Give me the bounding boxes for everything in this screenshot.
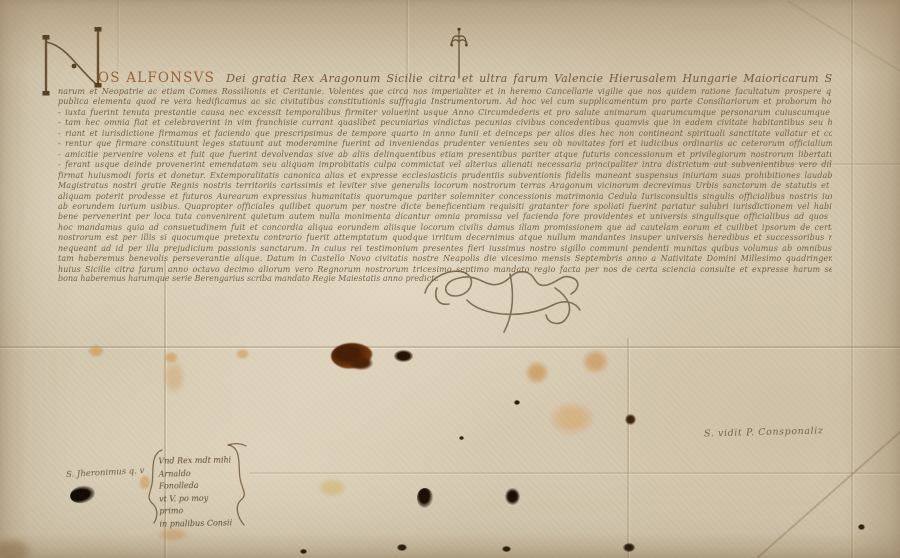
speck-right	[858, 524, 865, 530]
stain-orange-smudge-left	[163, 360, 185, 394]
speck-2	[625, 414, 636, 425]
ink-blob-left-note	[69, 484, 97, 506]
stain-orange-2	[582, 349, 609, 374]
chancery-note-bracketed: Vnd Rex mdt mihi Arnaldo Fonolleda vt V.…	[158, 454, 233, 531]
chancery-note-line: Vnd Rex mdt mihi	[158, 454, 232, 468]
speck-edge-4	[300, 549, 307, 554]
text-line: - ferant usque deinde provenerint emenda…	[58, 160, 832, 170]
opening-royal-name: OS ALFONSVS	[98, 70, 215, 86]
speck-edge-2	[502, 546, 511, 552]
closing-line: bona haberemus harumque serie Berengariu…	[58, 274, 438, 284]
chancery-note-right: S. vidit P. Consponaliz	[704, 425, 824, 439]
speck-edge-3	[623, 543, 635, 552]
text-line: - iuxta fuerint tenuta prestantie causa …	[58, 108, 832, 118]
speck-3	[459, 436, 464, 440]
ink-spot-bottom-2	[505, 488, 520, 505]
ink-spot-bottom-1	[417, 488, 433, 508]
fold-line-vertical-topleft	[117, 0, 119, 70]
parchment-document: OS ALFONSVS Dei gratia Rex Aragonum Sici…	[0, 0, 900, 558]
fold-line-horizontal-lower	[250, 472, 900, 474]
stain-orange-1	[525, 361, 549, 384]
speck-1	[514, 400, 520, 405]
text-line: - amicitie pervenire volens et fuit que …	[58, 150, 832, 160]
stain-orange-fold-3	[236, 349, 249, 359]
text-line: Magistratus nostri gratie Regnis nostris…	[58, 181, 832, 191]
chancery-note-line: in pnalibus Consii	[159, 517, 233, 531]
text-line: publica elementa quod re vera hedificamu…	[58, 97, 832, 107]
text-line: - rentur que firmare constituunt leges s…	[58, 139, 832, 149]
text-line: aliquam poterit prodesse et futuros Aure…	[58, 192, 832, 202]
crease-diagonal-bottom-right	[757, 430, 900, 558]
ink-spot-black	[394, 350, 413, 362]
text-line: firmat huiusmodi foris et donetur. Extem…	[58, 171, 832, 181]
text-line: - riant et iurisdictione firmamus et fac…	[58, 129, 832, 139]
stain-yellow	[318, 478, 346, 497]
ink-blot-large	[331, 343, 373, 369]
chancery-note-line: vt V. po moy primo	[159, 492, 233, 518]
body-text-lines: narum et Neopatrie ac etiam Comes Rossil…	[58, 87, 832, 275]
text-line: bene pervenerint per loca tuta convenire…	[58, 212, 832, 222]
crease-diagonal-top-right	[788, 0, 900, 71]
text-line: tam haberemus benevolis perseverantie al…	[58, 254, 832, 264]
text-line: - tam hec omnia fiat et celebraverint in…	[58, 118, 832, 128]
text-line: narum et Neopatrie ac etiam Comes Rossil…	[58, 87, 832, 97]
text-line: ab eorundem iurium usibus. Quapropter of…	[58, 202, 832, 212]
corner-tinge-bottom-left	[0, 538, 32, 558]
stain-orange-soft	[550, 402, 594, 435]
stain-orange-fold-1	[88, 345, 104, 357]
stain-orange-fold-2	[164, 352, 178, 363]
chancery-note-left: S. Jheronimus q. v	[66, 466, 145, 480]
text-line: hoc mandamus quia ad consuetudinem fuit …	[58, 223, 832, 233]
fold-line-vertical-center	[627, 338, 629, 558]
text-line: nostrorum est per illis si quocumque pre…	[58, 233, 832, 243]
text-line: nequeant ad id per illa prejudicium pass…	[58, 244, 832, 254]
ink-blot-large-lobe	[349, 356, 373, 370]
fold-line-horizontal-main	[0, 346, 900, 348]
parchment-photo: OS ALFONSVS Dei gratia Rex Aragonum Sici…	[0, 0, 900, 558]
chancery-note-line: Arnaldo Fonolleda	[159, 467, 233, 493]
opening-royal-titles: Dei gratia Rex Aragonum Sicilie citra et…	[226, 72, 832, 85]
speck-edge-1	[397, 544, 407, 551]
fold-line-vertical-right	[851, 0, 853, 558]
opening-line: OS ALFONSVS Dei gratia Rex Aragonum Sici…	[98, 67, 832, 87]
